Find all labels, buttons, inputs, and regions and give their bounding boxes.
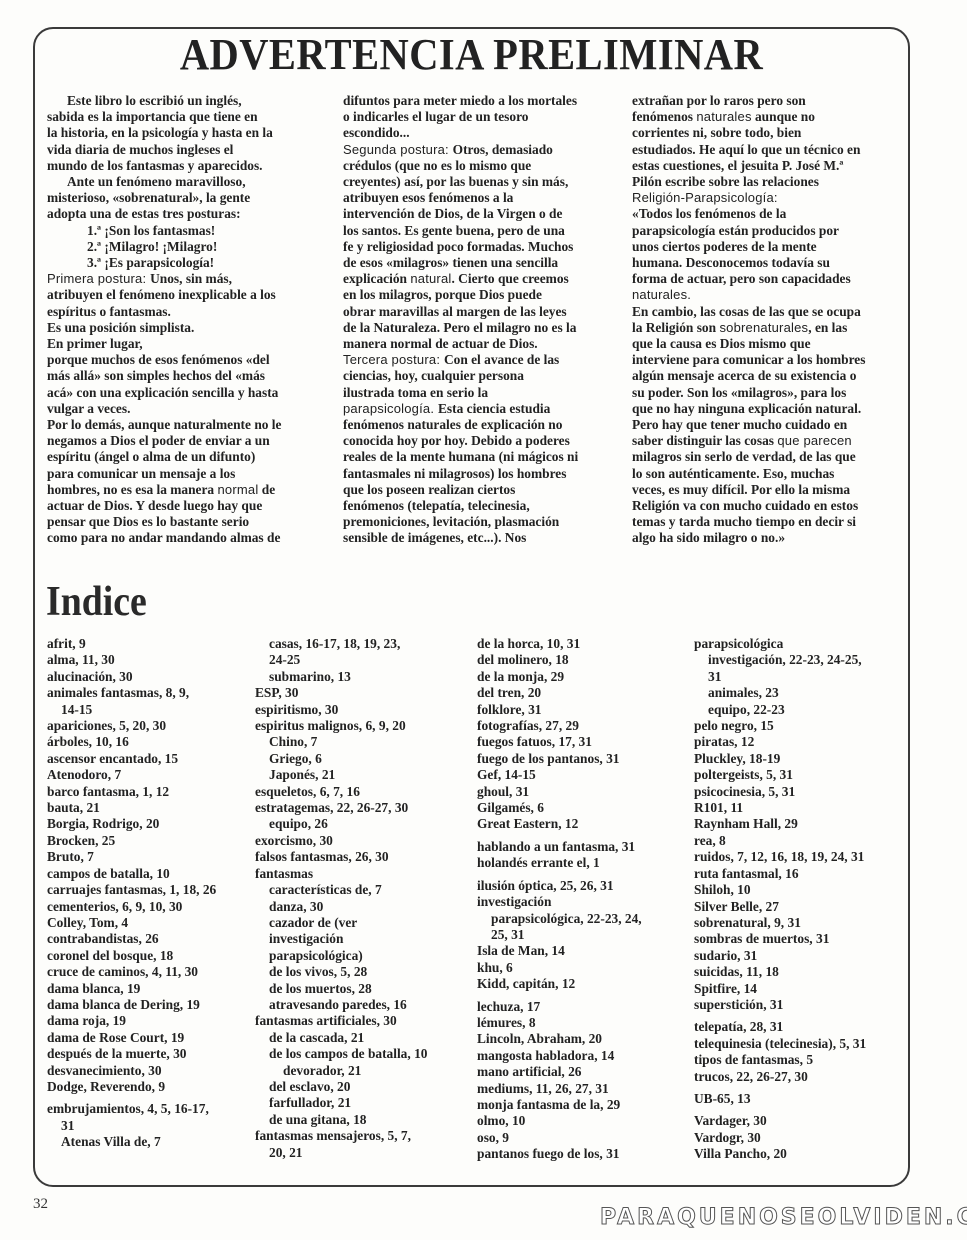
prose-line: parapsicología. Esta ciencia estudia [343, 401, 631, 417]
prose-line: lo son auténticamente. Eso, muchas [632, 466, 907, 482]
prose-line: que la causa es Dios mismo que [632, 336, 907, 352]
index-entry: espiritismo, 30 [255, 702, 475, 718]
index-entry: Vardager, 30 [694, 1113, 909, 1129]
index-entry: Colley, Tom, 4 [47, 915, 267, 931]
index-entry: fantasmas mensajeros, 5, 7, [255, 1128, 475, 1144]
prose-line: corrientes ni, sobre todo, bien [632, 125, 907, 141]
index-entry: Spitfire, 14 [694, 981, 909, 997]
index-entry: Villa Pancho, 20 [694, 1146, 909, 1162]
index-entry: holandés errante el, 1 [477, 855, 697, 871]
index-column-4: parapsicológicainvestigación, 22-23, 24-… [694, 636, 909, 1163]
index-entry: de los campos de batalla, 10 [255, 1046, 475, 1062]
index-entry: tipos de fantasmas, 5 [694, 1052, 909, 1068]
prose-text: crédulos (que no es lo mismo que [343, 158, 531, 173]
index-entry: Isla de Man, 14 [477, 943, 697, 959]
index-entry: parapsicológica, 22-23, 24, [477, 911, 697, 927]
prose-text: atribuyen esos fenómenos a la [343, 190, 513, 205]
prose-text: sabida es la importancia que tiene en [47, 109, 258, 124]
prose-text: Con el avance de las [444, 352, 559, 367]
prose-line: negamos a Dios el poder de enviar a un [47, 433, 337, 449]
prose-line: 1.ª ¡Son los fantasmas! [47, 223, 337, 239]
index-entry: características de, 7 [255, 882, 475, 898]
prose-text: sensible de imágenes, etc...). Nos [343, 530, 526, 545]
index-entry: lémures, 8 [477, 1015, 697, 1031]
prose-column-2: difuntos para meter miedo a los mortales… [343, 93, 631, 547]
prose-line: misterioso, «sobrenatural», la gente [47, 190, 337, 206]
prose-text: fenómenos [632, 109, 696, 124]
prose-text: manera normal de actuar de Dios. [343, 336, 538, 351]
index-entry: Borgia, Rodrigo, 20 [47, 816, 267, 832]
index-entry: 14-15 [47, 702, 267, 718]
index-entry: investigación [255, 931, 475, 947]
prose-line: Este libro lo escribió un inglés, [47, 93, 337, 109]
index-entry: fantasmas [255, 866, 475, 882]
index-entry: telepatía, 28, 31 [694, 1019, 909, 1035]
index-entry: animales fantasmas, 8, 9, [47, 685, 267, 701]
prose-text: de la Naturaleza. Pero el milagro no es … [343, 320, 576, 335]
prose-text: acá» con una explicación sencilla y hast… [47, 385, 278, 400]
page-title: ADVERTENCIA PRELIMINAR [68, 30, 875, 80]
prose-line: vulgar a veces. [47, 401, 337, 417]
prose-line: su poder. Son los «milagros», para los [632, 385, 907, 401]
prose-line: En primer lugar, [47, 336, 337, 352]
index-entry: Dodge, Reverendo, 9 [47, 1079, 267, 1095]
prose-line: Ante un fenómeno maravilloso, [47, 174, 337, 190]
section-lead: Tercera postura: [343, 352, 444, 367]
prose-text: obrar maravillas al margen de las leyes [343, 304, 567, 319]
prose-line: milagros sin serlo de verdad, de las que [632, 449, 907, 465]
index-entry: contrabandistas, 26 [47, 931, 267, 947]
index-entry: telequinesia (telecinesia), 5, 31 [694, 1036, 909, 1052]
prose-text: extrañan por lo raros pero son [632, 93, 806, 108]
index-entry: ascensor encantado, 15 [47, 751, 267, 767]
prose-line: adopta una de estas tres posturas: [47, 206, 337, 222]
prose-line: saber distinguir las cosas que parecen [632, 433, 907, 449]
prose-text: que la causa es Dios mismo que [632, 336, 811, 351]
index-entry: falsos fantasmas, 26, 30 [255, 849, 475, 865]
prose-text: Pilón escribe sobre las relaciones [632, 174, 819, 189]
index-entry: alucinación, 30 [47, 669, 267, 685]
index-entry: fotografías, 27, 29 [477, 718, 697, 734]
index-entry: mediums, 11, 26, 27, 31 [477, 1081, 697, 1097]
index-entry: cazador de (ver [255, 915, 475, 931]
index-entry: fuego de los pantanos, 31 [477, 751, 697, 767]
prose-text: temas y tarda mucho tiempo en decir si [632, 514, 856, 529]
prose-text: Ante un fenómeno maravilloso, [67, 174, 246, 189]
prose-text: algo ha sido milagro o no.» [632, 530, 785, 545]
prose-text: su poder. Son los «milagros», para los [632, 385, 846, 400]
index-entry: Brocken, 25 [47, 833, 267, 849]
index-entry: ghoul, 31 [477, 784, 697, 800]
prose-line: difuntos para meter miedo a los mortales [343, 93, 631, 109]
prose-text: más allá» son simples hechos del «más [47, 368, 265, 383]
prose-line: Tercera postura: Con el avance de las [343, 352, 631, 368]
section-lead: naturales. [632, 287, 691, 302]
prose-text: interviene para comunicar a los hombres [632, 352, 865, 367]
index-entry: esqueletos, 6, 7, 16 [255, 784, 475, 800]
prose-line: reales de la mente humana (ni mágicos ni [343, 449, 631, 465]
prose-text: vida diaria de muchos ingleses el [47, 142, 233, 157]
index-entry: pantanos fuego de los, 31 [477, 1146, 697, 1162]
index-entry: ruta fantasmal, 16 [694, 866, 909, 882]
prose-text: forma de actuar, pero son capacidades [632, 271, 851, 286]
section-lead: parapsicología. [343, 401, 438, 416]
prose-text: Pero hay que tener mucho cuidado en [632, 417, 847, 432]
index-entry: de la horca, 10, 31 [477, 636, 697, 652]
prose-text: conocida hoy por hoy. Debido a poderes [343, 433, 570, 448]
index-entry: de los muertos, 28 [255, 981, 475, 997]
index-entry: piratas, 12 [694, 734, 909, 750]
prose-text: estas cuestiones, el jesuita P. José M.ª [632, 158, 843, 173]
prose-text: la historia, en la psicología y hasta en… [47, 125, 273, 140]
prose-line: interviene para comunicar a los hombres [632, 352, 907, 368]
prose-text: difuntos para meter miedo a los mortales [343, 93, 577, 108]
prose-text: , en las [808, 320, 847, 335]
prose-line: Pero hay que tener mucho cuidado en [632, 417, 907, 433]
index-entry: carruajes fantasmas, 1, 18, 26 [47, 882, 267, 898]
prose-line: acá» con una explicación sencilla y hast… [47, 385, 337, 401]
page-number: 32 [33, 1196, 48, 1213]
prose-text: ciencias, hoy, cualquier persona [343, 368, 524, 383]
index-entry: Kidd, capitán, 12 [477, 976, 697, 992]
prose-line: Es una posición simplista. [47, 320, 337, 336]
index-entry: dama blanca, 19 [47, 981, 267, 997]
prose-text: explicación [343, 271, 410, 286]
prose-text: porque muchos de esos fenómenos «del [47, 352, 270, 367]
index-entry: khu, 6 [477, 960, 697, 976]
prose-line: veces, es muy difícil. Por ello la misma [632, 482, 907, 498]
index-entry: sobrenatural, 9, 31 [694, 915, 909, 931]
index-entry: Gilgamés, 6 [477, 800, 697, 816]
prose-line: 2.ª ¡Milagro! ¡Milagro! [47, 239, 337, 255]
prose-text: de [258, 482, 275, 497]
index-entry: dama roja, 19 [47, 1013, 267, 1029]
index-entry: sombras de muertos, 31 [694, 931, 909, 947]
index-entry: submarino, 13 [255, 669, 475, 685]
prose-line: explicación natural. Cierto que creemos [343, 271, 631, 287]
index-heading: Indice [46, 578, 147, 626]
prose-text: aunque no [752, 109, 815, 124]
prose-line: como para no andar mandando almas de [47, 530, 337, 546]
prose-text: Esta ciencia estudia [438, 401, 550, 416]
index-entry: Silver Belle, 27 [694, 899, 909, 915]
prose-line: atribuyen el fenómeno inexplicable a los [47, 287, 337, 303]
prose-text: unos ciertos poderes de la mente [632, 239, 817, 254]
prose-line: fenómenos (telepatía, telecinesia, [343, 498, 631, 514]
prose-line: Primera postura: Unos, sin más, [47, 271, 337, 287]
index-entry: Gef, 14-15 [477, 767, 697, 783]
prose-line: la Religión son sobrenaturales, en las [632, 320, 907, 336]
prose-line: espíritus o fantasmas. [47, 304, 337, 320]
index-entry: 31 [47, 1118, 267, 1134]
prose-text: 1.ª ¡Son los fantasmas! [87, 223, 215, 238]
prose-line: fe y religiosidad poco formadas. Muchos [343, 239, 631, 255]
light-text: natural [410, 271, 451, 286]
prose-line: en los milagros, porque Dios puede [343, 287, 631, 303]
prose-line: En cambio, las cosas de las que se ocupa [632, 304, 907, 320]
index-entry: superstición, 31 [694, 997, 909, 1013]
prose-text: Religión va con mucho cuidado en estos [632, 498, 858, 513]
prose-text: mundo de los fantasmas y aparecidos. [47, 158, 263, 173]
index-entry: Lincoln, Abraham, 20 [477, 1031, 697, 1047]
prose-text: ilustrada toma en serio la [343, 385, 488, 400]
prose-text: o indicarles el lugar de un tesoro [343, 109, 529, 124]
index-entry: animales, 23 [694, 685, 909, 701]
index-entry: parapsicológica [694, 636, 909, 652]
index-entry: investigación, 22-23, 24-25, [694, 652, 909, 668]
prose-line: que no hay ninguna explicación natural. [632, 401, 907, 417]
index-entry: farfullador, 21 [255, 1095, 475, 1111]
index-entry: pelo negro, 15 [694, 718, 909, 734]
prose-line: Por lo demás, aunque naturalmente no le [47, 417, 337, 433]
index-entry: oso, 9 [477, 1130, 697, 1146]
prose-text: reales de la mente humana (ni mágicos ni [343, 449, 578, 464]
index-entry: cementerios, 6, 9, 10, 30 [47, 899, 267, 915]
prose-text: 2.ª ¡Milagro! ¡Milagro! [87, 239, 217, 254]
prose-text: pensar que Dios es lo bastante serio [47, 514, 249, 529]
prose-line: fenómenos naturales aunque no [632, 109, 907, 125]
prose-line: los santos. Es gente buena, pero de una [343, 223, 631, 239]
index-entry: casas, 16-17, 18, 19, 23, [255, 636, 475, 652]
index-entry: Pluckley, 18-19 [694, 751, 909, 767]
prose-text: fenómenos (telepatía, telecinesia, [343, 498, 530, 513]
prose-text: . Cierto que creemos [451, 271, 568, 286]
prose-text: estudiados. He aquí lo que un técnico en [632, 142, 860, 157]
prose-line: la historia, en la psicología y hasta en… [47, 125, 337, 141]
index-entry: embrujamientos, 4, 5, 16-17, [47, 1101, 267, 1117]
section-lead: Segunda postura: [343, 142, 453, 157]
index-entry: Japonés, 21 [255, 767, 475, 783]
prose-text: fe y religiosidad poco formadas. Muchos [343, 239, 573, 254]
index-entry: fantasmas artificiales, 30 [255, 1013, 475, 1029]
index-entry: desvanecimiento, 30 [47, 1063, 267, 1079]
index-entry: estratagemas, 22, 26-27, 30 [255, 800, 475, 816]
index-entry: ilusión óptica, 25, 26, 31 [477, 878, 697, 894]
prose-line: humana. Desconocemos todavía su [632, 255, 907, 271]
index-entry: 31 [694, 669, 909, 685]
prose-line: unos ciertos poderes de la mente [632, 239, 907, 255]
index-entry: Bruto, 7 [47, 849, 267, 865]
prose-line: parapsicología están producidos por [632, 223, 907, 239]
index-entry: campos de batalla, 10 [47, 866, 267, 882]
prose-text: la Religión son [632, 320, 719, 335]
prose-text: hombres, no es esa la manera [47, 482, 217, 497]
index-entry: de los vivos, 5, 28 [255, 964, 475, 980]
index-entry: 24-25 [255, 652, 475, 668]
prose-line: «Todos los fenómenos de la [632, 206, 907, 222]
prose-line: Religión-Parapsicología: [632, 190, 907, 206]
index-entry: Great Eastern, 12 [477, 816, 697, 832]
prose-line: atribuyen esos fenómenos a la [343, 190, 631, 206]
index-entry: mangosta habladora, 14 [477, 1048, 697, 1064]
light-text: sobrenaturales [719, 320, 808, 335]
index-entry: equipo, 22-23 [694, 702, 909, 718]
prose-line: vida diaria de muchos ingleses el [47, 142, 337, 158]
index-entry: Atenodoro, 7 [47, 767, 267, 783]
prose-line: porque muchos de esos fenómenos «del [47, 352, 337, 368]
index-entry: R101, 11 [694, 800, 909, 816]
prose-text: vulgar a veces. [47, 401, 130, 416]
index-entry: mano artificial, 26 [477, 1064, 697, 1080]
index-entry: psicocinesia, 5, 31 [694, 784, 909, 800]
index-entry: equipo, 26 [255, 816, 475, 832]
light-text: naturales [696, 109, 751, 124]
index-entry: atravesando paredes, 16 [255, 997, 475, 1013]
index-entry: del molinero, 18 [477, 652, 697, 668]
section-lead: Primera postura: [47, 271, 150, 286]
prose-line: intervención de Dios, de la Virgen o de [343, 206, 631, 222]
prose-text: 3.ª ¡Es parapsicología! [87, 255, 214, 270]
index-column-1: afrit, 9alma, 11, 30alucinación, 30anima… [47, 636, 267, 1151]
prose-text: Este libro lo escribió un inglés, [67, 93, 242, 108]
index-column-2: casas, 16-17, 18, 19, 23,24-25submarino,… [255, 636, 475, 1161]
prose-line: 3.ª ¡Es parapsicología! [47, 255, 337, 271]
index-entry: alma, 11, 30 [47, 652, 267, 668]
prose-column-1: Este libro lo escribió un inglés,sabida … [47, 93, 337, 547]
prose-line: sensible de imágenes, etc...). Nos [343, 530, 631, 546]
prose-text: de esos «milagros» tienen una sencilla [343, 255, 558, 270]
index-entry: 25, 31 [477, 927, 697, 943]
index-entry: coronel del bosque, 18 [47, 948, 267, 964]
prose-text: saber distinguir las cosas [632, 433, 777, 448]
index-entry: poltergeists, 5, 31 [694, 767, 909, 783]
prose-text: adopta una de estas tres posturas: [47, 206, 241, 221]
prose-text: en los milagros, porque Dios puede [343, 287, 542, 302]
prose-line: estudiados. He aquí lo que un técnico en [632, 142, 907, 158]
prose-text: veces, es muy difícil. Por ello la misma [632, 482, 850, 497]
index-entry: lechuza, 17 [477, 999, 697, 1015]
index-entry: monja fantasma de la, 29 [477, 1097, 697, 1113]
index-column-3: de la horca, 10, 31del molinero, 18de la… [477, 636, 697, 1163]
prose-text: En cambio, las cosas de las que se ocupa [632, 304, 861, 319]
prose-text: premoniciones, levitación, plasmación [343, 514, 559, 529]
prose-line: creyentes) así, por las buenas y sin más… [343, 174, 631, 190]
prose-text: «Todos los fenómenos de la [632, 206, 786, 221]
index-entry: después de la muerte, 30 [47, 1046, 267, 1062]
index-entry: ruidos, 7, 12, 16, 18, 19, 24, 31 [694, 849, 909, 865]
index-entry: dama blanca de Dering, 19 [47, 997, 267, 1013]
prose-text: espíritus o fantasmas. [47, 304, 171, 319]
prose-line: actuar de Dios. Y desde luego hay que [47, 498, 337, 514]
index-entry: exorcismo, 30 [255, 833, 475, 849]
prose-text: creyentes) así, por las buenas y sin más… [343, 174, 568, 189]
prose-line: para comunicar un mensaje a los [47, 466, 337, 482]
prose-line: Segunda postura: Otros, demasiado [343, 142, 631, 158]
prose-text: fenómenos naturales de explicación no [343, 417, 562, 432]
section-lead: Religión-Parapsicología: [632, 190, 778, 205]
prose-text: que los poseen realizan ciertos [343, 482, 515, 497]
index-entry: olmo, 10 [477, 1113, 697, 1129]
prose-line: ilustrada toma en serio la [343, 385, 631, 401]
index-entry: del esclavo, 20 [255, 1079, 475, 1095]
prose-line: mundo de los fantasmas y aparecidos. [47, 158, 337, 174]
prose-line: fantasmales ni milagrosos) los hombres [343, 466, 631, 482]
prose-text: actuar de Dios. Y desde luego hay que [47, 498, 262, 513]
prose-line: Pilón escribe sobre las relaciones [632, 174, 907, 190]
prose-line: ciencias, hoy, cualquier persona [343, 368, 631, 384]
index-entry: parapsicológica) [255, 948, 475, 964]
index-entry: rea, 8 [694, 833, 909, 849]
prose-line: manera normal de actuar de Dios. [343, 336, 631, 352]
prose-line: que los poseen realizan ciertos [343, 482, 631, 498]
prose-line: de la Naturaleza. Pero el milagro no es … [343, 320, 631, 336]
prose-text: los santos. Es gente buena, pero de una [343, 223, 565, 238]
prose-text: corrientes ni, sobre todo, bien [632, 125, 801, 140]
prose-text: Es una posición simplista. [47, 320, 194, 335]
prose-line: crédulos (que no es lo mismo que [343, 158, 631, 174]
prose-text: En primer lugar, [47, 336, 143, 351]
index-entry: árboles, 10, 16 [47, 734, 267, 750]
prose-text: lo son auténticamente. Eso, muchas [632, 466, 834, 481]
light-text: que parecen [777, 433, 851, 448]
prose-column-3: extrañan por lo raros pero sonfenómenos … [632, 93, 907, 547]
index-entry: afrit, 9 [47, 636, 267, 652]
index-entry: fuegos fatuos, 17, 31 [477, 734, 697, 750]
index-entry: danza, 30 [255, 899, 475, 915]
light-text: normal [217, 482, 258, 497]
prose-line: fenómenos naturales de explicación no [343, 417, 631, 433]
index-entry: devorador, 21 [255, 1063, 475, 1079]
index-entry: ESP, 30 [255, 685, 475, 701]
prose-text: intervención de Dios, de la Virgen o de [343, 206, 562, 221]
prose-line: premoniciones, levitación, plasmación [343, 514, 631, 530]
prose-text: Por lo demás, aunque naturalmente no le [47, 417, 281, 432]
prose-text: como para no andar mandando almas de [47, 530, 280, 545]
index-entry: espiritus malignos, 6, 9, 20 [255, 718, 475, 734]
prose-text: misterioso, «sobrenatural», la gente [47, 190, 250, 205]
index-entry: de la monja, 29 [477, 669, 697, 685]
prose-text: espíritu (ángel o alma de un difunto) [47, 449, 255, 464]
prose-line: naturales. [632, 287, 907, 303]
prose-line: obrar maravillas al margen de las leyes [343, 304, 631, 320]
prose-line: estas cuestiones, el jesuita P. José M.ª [632, 158, 907, 174]
index-entry: Raynham Hall, 29 [694, 816, 909, 832]
prose-line: forma de actuar, pero son capacidades [632, 271, 907, 287]
prose-text: humana. Desconocemos todavía su [632, 255, 830, 270]
prose-line: escondido... [343, 125, 631, 141]
prose-line: de esos «milagros» tienen una sencilla [343, 255, 631, 271]
index-entry: Griego, 6 [255, 751, 475, 767]
index-entry: del tren, 20 [477, 685, 697, 701]
index-entry: Shiloh, 10 [694, 882, 909, 898]
prose-text: para comunicar un mensaje a los [47, 466, 235, 481]
prose-text: algún mensaje acerca de su existencia o [632, 368, 856, 383]
prose-line: Religión va con mucho cuidado en estos [632, 498, 907, 514]
prose-text: escondido... [343, 125, 410, 140]
index-entry: hablando a un fantasma, 31 [477, 839, 697, 855]
site-watermark: PARAQUENOSEOLVIDEN.COM [600, 1205, 967, 1230]
prose-line: algo ha sido milagro o no.» [632, 530, 907, 546]
index-entry: bauta, 21 [47, 800, 267, 816]
prose-text: Otros, demasiado [453, 142, 553, 157]
prose-line: sabida es la importancia que tiene en [47, 109, 337, 125]
index-entry: Vardogr, 30 [694, 1130, 909, 1146]
prose-text: parapsicología están producidos por [632, 223, 839, 238]
index-entry: cruce de caminos, 4, 11, 30 [47, 964, 267, 980]
prose-line: pensar que Dios es lo bastante serio [47, 514, 337, 530]
prose-text: Unos, sin más, [150, 271, 232, 286]
prose-text: atribuyen el fenómeno inexplicable a los [47, 287, 276, 302]
index-entry: UB-65, 13 [694, 1091, 909, 1107]
index-entry: folklore, 31 [477, 702, 697, 718]
index-entry: trucos, 22, 26-27, 30 [694, 1069, 909, 1085]
prose-text: fantasmales ni milagrosos) los hombres [343, 466, 566, 481]
prose-text: que no hay ninguna explicación natural. [632, 401, 861, 416]
prose-line: espíritu (ángel o alma de un difunto) [47, 449, 337, 465]
prose-line: extrañan por lo raros pero son [632, 93, 907, 109]
prose-line: o indicarles el lugar de un tesoro [343, 109, 631, 125]
index-entry: de la cascada, 21 [255, 1030, 475, 1046]
